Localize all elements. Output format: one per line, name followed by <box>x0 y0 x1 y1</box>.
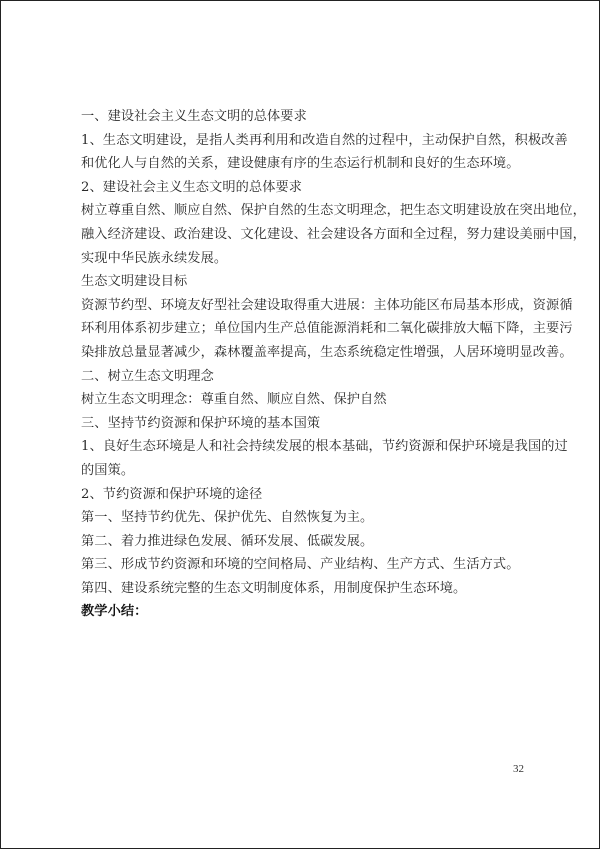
paragraph-line: 资源节约型、环境友好型社会建设取得重大进展：主体功能区布局基本形成，资源循 <box>81 294 541 318</box>
paragraph-line: 染排放总量显著减少，森林覆盖率提高，生态系统稳定性增强，人居环境明显改善。 <box>81 341 541 365</box>
paragraph-line: 的国策。 <box>81 459 541 483</box>
list-item: 第四、建设系统完整的生态文明制度体系，用制度保护生态环境。 <box>81 577 541 601</box>
list-item: 第三、形成节约资源和环境的空间格局、产业结构、生产方式、生活方式。 <box>81 553 541 577</box>
paragraph-line: 1、良好生态环境是人和社会持续发展的根本基础，节约资源和保护环境是我国的过 <box>81 435 541 459</box>
teaching-summary-heading: 教学小结： <box>81 600 541 624</box>
list-item: 第一、坚持节约优先、保护优先、自然恢复为主。 <box>81 506 541 530</box>
paragraph-line: 环利用体系初步建立；单位国内生产总值能源消耗和二氧化碳排放大幅下降，主要污 <box>81 317 541 341</box>
section-heading-2: 二、树立生态文明理念 <box>81 365 541 389</box>
paragraph-line: 1、生态文明建设，是指人类再利用和改造自然的过程中，主动保护自然，积极改善 <box>81 129 541 153</box>
paragraph-line: 融入经济建设、政治建设、文化建设、社会建设各方面和全过程，努力建设美丽中国， <box>81 223 541 247</box>
section-heading-1: 一、建设社会主义生态文明的总体要求 <box>81 105 541 129</box>
list-item: 第二、着力推进绿色发展、循环发展、低碳发展。 <box>81 530 541 554</box>
document-page: 一、建设社会主义生态文明的总体要求 1、生态文明建设，是指人类再利用和改造自然的… <box>0 0 600 849</box>
subheading: 2、节约资源和保护环境的途径 <box>81 483 541 507</box>
section-heading-3: 三、坚持节约资源和保护环境的基本国策 <box>81 412 541 436</box>
paragraph-line: 树立生态文明理念：尊重自然、顺应自然、保护自然 <box>81 388 541 412</box>
paragraph-line: 树立尊重自然、顺应自然、保护自然的生态文明理念，把生态文明建设放在突出地位， <box>81 199 541 223</box>
page-number: 32 <box>513 763 524 775</box>
subheading: 2、建设社会主义生态文明的总体要求 <box>81 176 541 200</box>
document-body: 一、建设社会主义生态文明的总体要求 1、生态文明建设，是指人类再利用和改造自然的… <box>81 105 541 624</box>
paragraph-line: 实现中华民族永续发展。 <box>81 247 541 271</box>
paragraph-line: 和优化人与自然的关系，建设健康有序的生态运行机制和良好的生态环境。 <box>81 152 541 176</box>
subheading: 生态文明建设目标 <box>81 270 541 294</box>
